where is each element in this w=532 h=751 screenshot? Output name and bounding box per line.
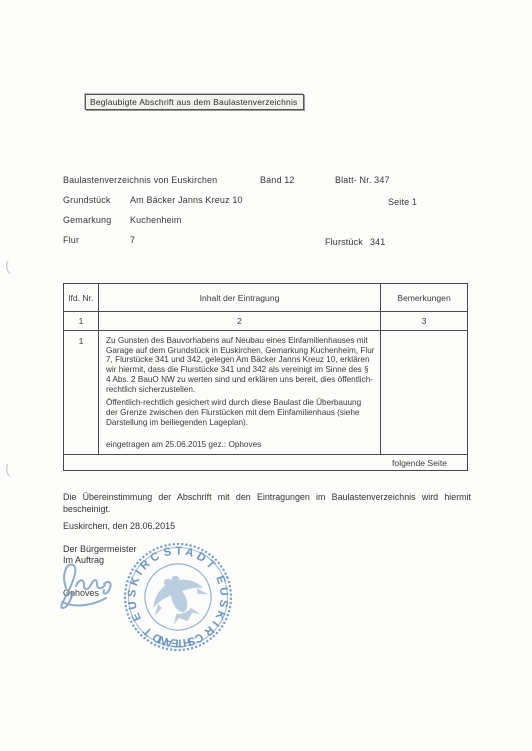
margin-mark-bottom: ( — [4, 461, 11, 477]
place-and-date: Euskirchen, den 28.06.2015 — [63, 521, 175, 531]
band-value: Band 12 — [260, 175, 295, 185]
table-entry-row: 1 Zu Gunsten des Bauvorhabens auf Neubau… — [64, 331, 467, 455]
colnum-3: 3 — [381, 312, 467, 330]
handwritten-signature — [54, 558, 124, 610]
flur-label: Flur — [63, 235, 79, 245]
gemarkung-value: Kuchenheim — [130, 215, 182, 225]
table-colnum-row: 1 2 3 — [64, 312, 467, 331]
entry-paragraph-2: Öffentlich-rechtlich gesichert wird durc… — [106, 398, 375, 427]
flur-value: 7 — [130, 235, 135, 245]
gemarkung-label: Gemarkung — [63, 215, 111, 225]
table-footer-row: folgende Seite — [64, 455, 467, 470]
seite-value: Seite 1 — [388, 197, 417, 207]
flurstueck-value: 341 — [370, 237, 385, 247]
col-header-inhalt: Inhalt der Eintragung — [99, 284, 381, 311]
following-page-note: folgende Seite — [392, 458, 447, 468]
certified-copy-header: Beglaubigte Abschrift aus dem Baulastenv… — [85, 94, 304, 110]
margin-mark-top: ( — [4, 258, 11, 274]
colnum-2: 2 — [99, 312, 381, 330]
entry-number: 1 — [64, 331, 99, 454]
entry-registration-note: eingetragen am 25.06.2015 gez.: Ophoves — [106, 440, 375, 449]
grundstueck-value: Am Bäcker Janns Kreuz 10 — [130, 195, 243, 205]
register-title: Baulastenverzeichnis von Euskirchen — [63, 175, 217, 185]
entry-paragraph-1: Zu Gunsten des Bauvorhabens auf Neubau e… — [106, 336, 375, 394]
entry-bemerkungen-cell — [381, 331, 467, 454]
colnum-1: 1 — [64, 312, 99, 330]
entry-content-cell: Zu Gunsten des Bauvorhabens auf Neubau e… — [99, 331, 381, 454]
official-city-stamp: STADT EUSKIRCHEN STADT EUSKIRCHEN — [121, 540, 235, 654]
blatt-nr-value: Blatt- Nr. 347 — [335, 175, 390, 185]
col-header-bemerkungen: Bemerkungen — [381, 284, 467, 311]
grundstueck-label: Grundstück — [63, 195, 111, 205]
certification-statement: Die Übereinstimmung der Abschrift mit de… — [63, 492, 471, 515]
col-header-lfd-nr: lfd. Nr. — [64, 284, 99, 311]
scanned-document-page: ( ( Beglaubigte Abschrift aus dem Baulas… — [0, 0, 532, 751]
flurstueck-label: Flurstück — [325, 237, 363, 247]
baulasten-table: lfd. Nr. Inhalt der Eintragung Bemerkung… — [63, 283, 468, 471]
table-header-row: lfd. Nr. Inhalt der Eintragung Bemerkung… — [64, 284, 467, 312]
